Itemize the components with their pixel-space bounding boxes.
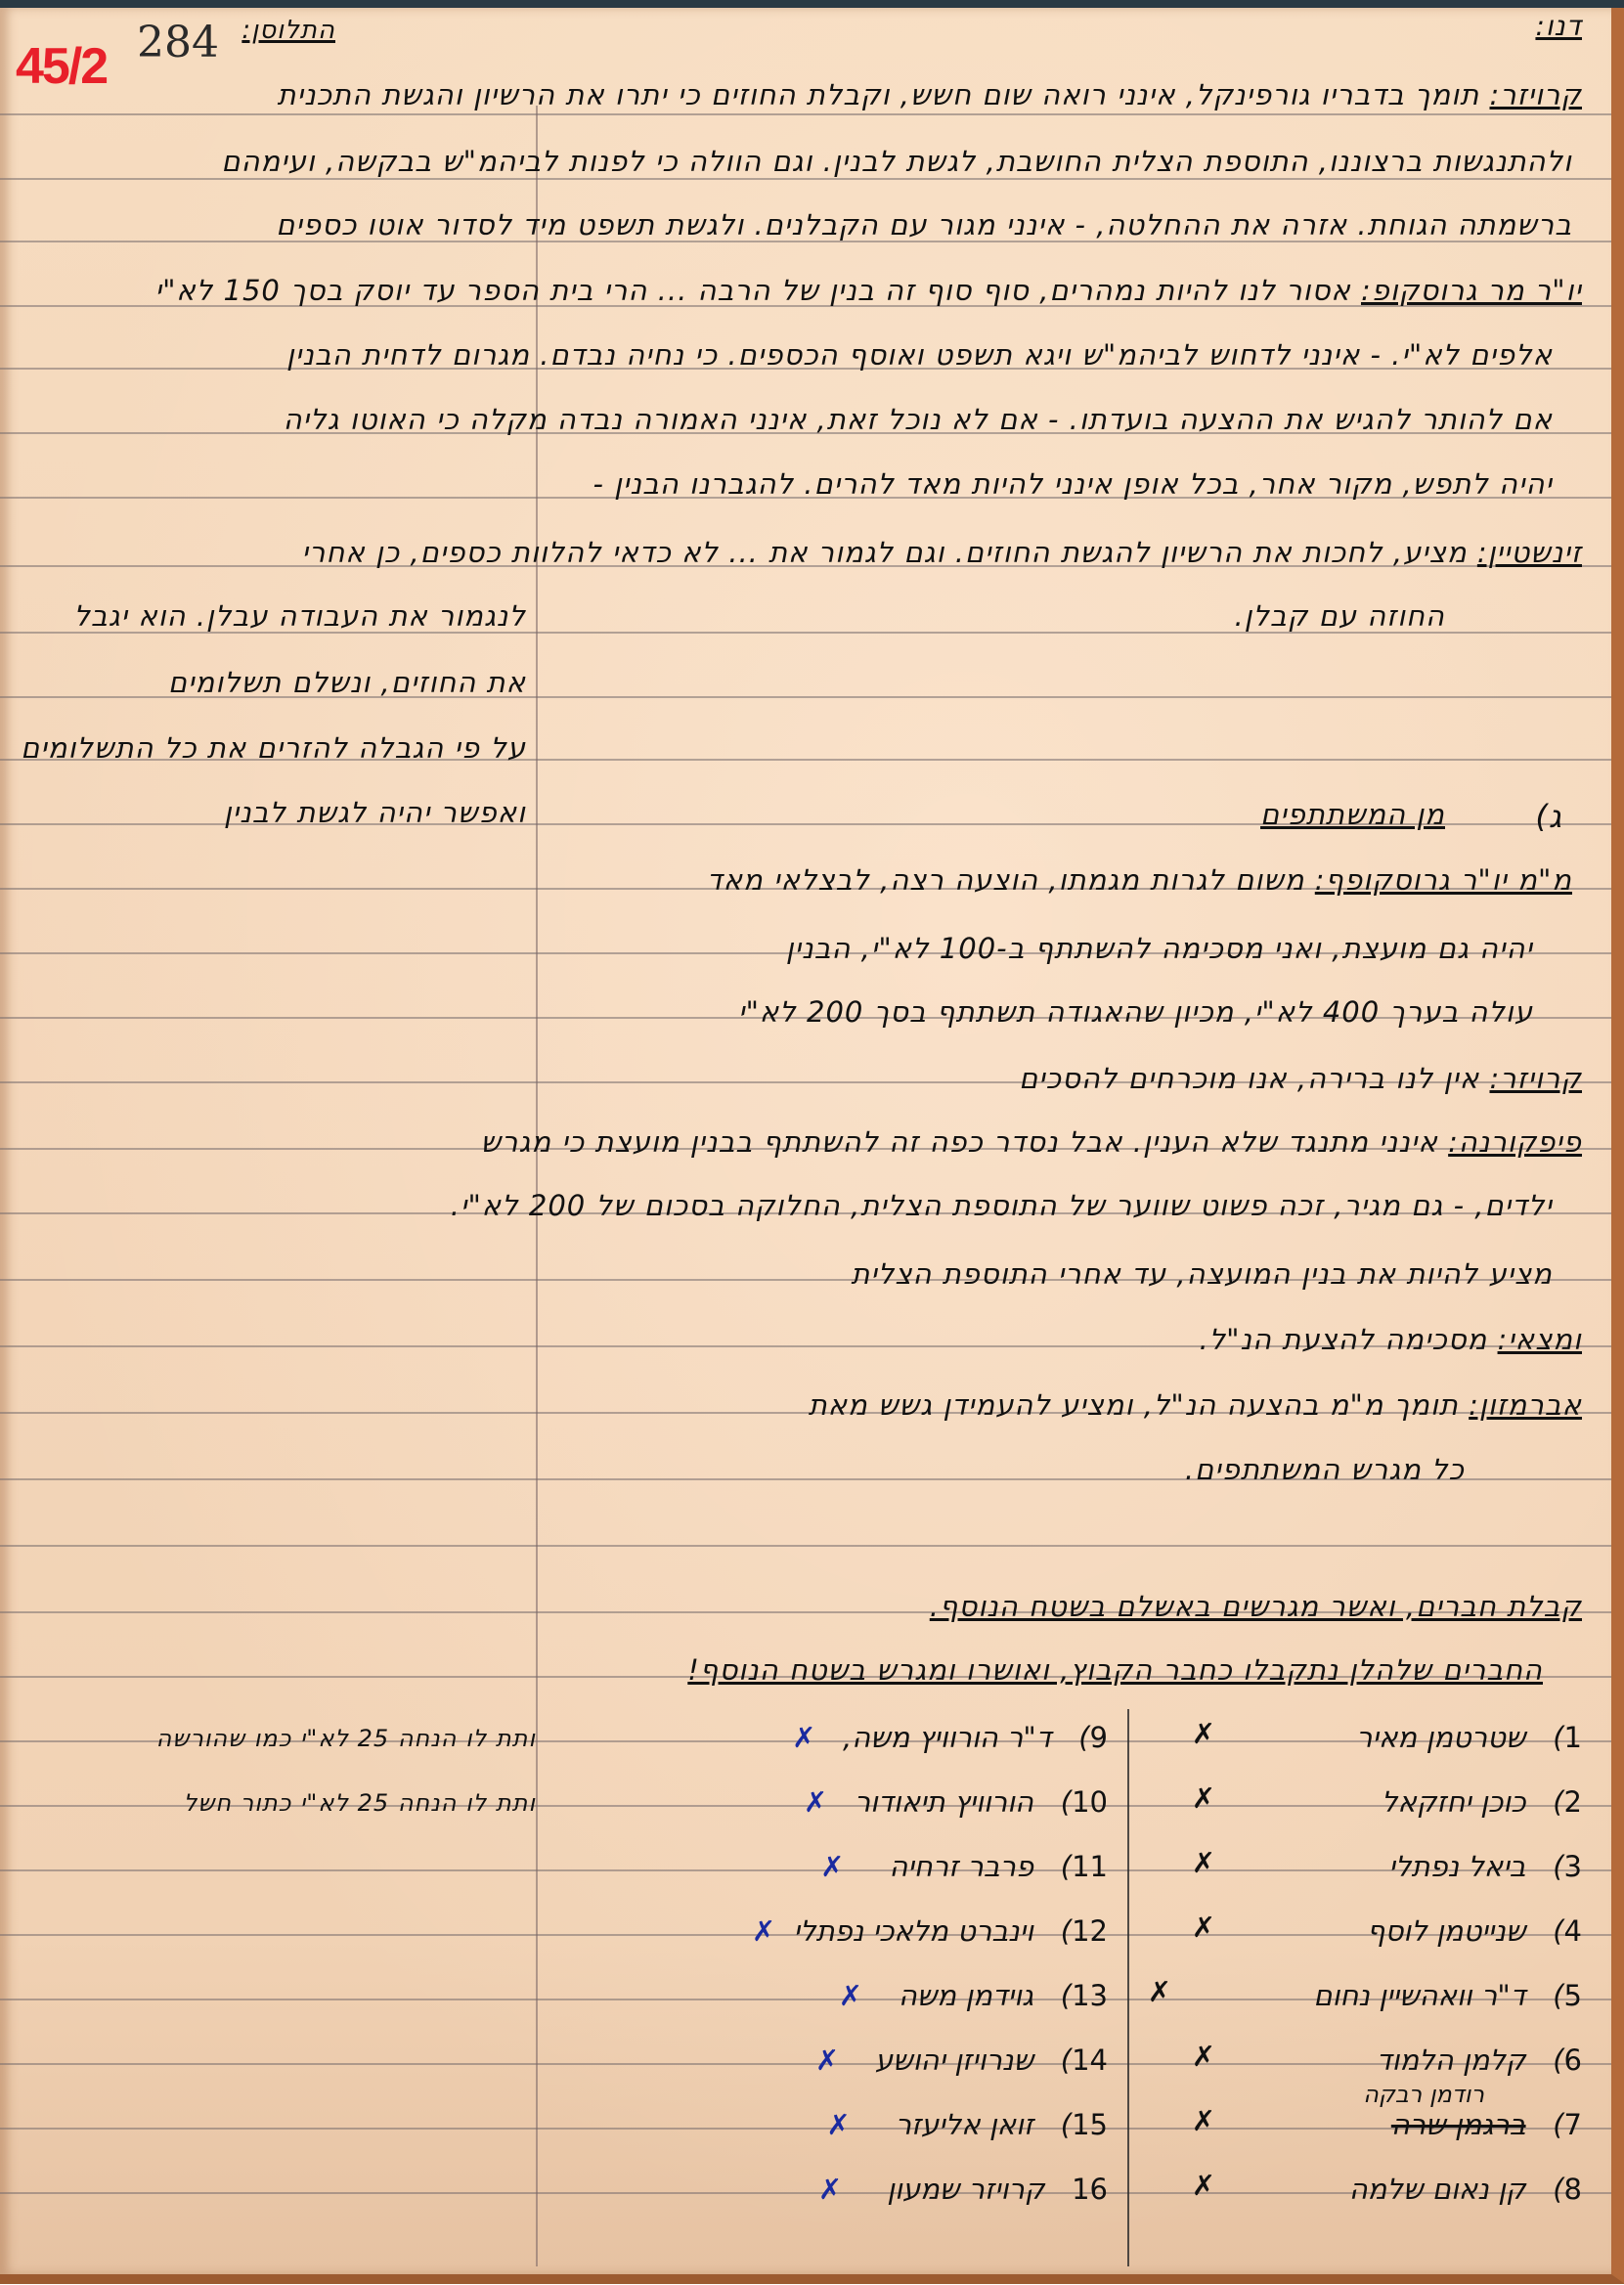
member-name-struck: ברגמן שרה: [1391, 2108, 1526, 2141]
discussion-line-1: קרויזר: תומך בדבריו גורפינקל, אינני רואה…: [278, 78, 1582, 111]
page-number: 284: [137, 18, 219, 67]
check-mark-icon: ✗: [1192, 1911, 1215, 1944]
member-name: כוכן יחזקאל: [1382, 1785, 1526, 1819]
discussion-line-2: ולהתנגשות ברצוננו, התוספת הצלית החושבת, …: [221, 145, 1572, 178]
check-mark-icon: ✗: [1192, 2169, 1215, 2202]
agenda-item-number: ג): [1535, 798, 1562, 835]
speaker-name: מ"מ יו"ר גרוסקופף:: [1315, 863, 1572, 897]
discussion-line-7: יהיה לתפש, מקור אחר, בכל אופן אינני להיו…: [593, 467, 1553, 501]
member-note-1: ותת לו הנחה 25 לא"י כמו שהורשה: [156, 1725, 536, 1752]
speaker-name: ומצאי:: [1498, 1323, 1582, 1356]
member-row: 15) זואן אליעזר ✗: [826, 2108, 1108, 2141]
member-name: ד"ר וואהשיין נחום: [1313, 1979, 1525, 2012]
member-name: ביאל נפתלי: [1388, 1850, 1525, 1883]
discussion-line-4: יו"ר מר גרוסקופ: אסור לנו להיות נמהרים, …: [155, 274, 1582, 307]
member-row: 2) כוכן יחזקאל: [1382, 1785, 1582, 1819]
members-table-divider: [1127, 1709, 1129, 2266]
member-row: 16 קרויזר שמעון ✗: [818, 2173, 1108, 2206]
member-row: 6) קלמן הלמוד: [1377, 2043, 1582, 2077]
check-mark-icon: ✗: [820, 1850, 844, 1883]
ruled-line: [0, 2063, 1611, 2065]
participants-line-7: מציע להיות את בנין המועצה, עד אחרי התוספ…: [851, 1257, 1553, 1291]
check-mark-icon: ✗: [815, 2043, 839, 2077]
agenda-item-title: מן המשתתפים: [1260, 798, 1445, 831]
check-mark-icon: ✗: [1192, 2104, 1215, 2137]
member-name: וינברט מלאכי נפתלי: [794, 1914, 1034, 1948]
ruled-line: [0, 1869, 1611, 1871]
member-row: 11) פרבר זרחיה ✗: [820, 1850, 1108, 1883]
ruled-line: [0, 113, 1611, 115]
discussion-line-6: אם להותר להגיש את ההצעה בועדתו. - אם לא …: [284, 403, 1553, 436]
member-row: 4) שנייטמן לוסף: [1367, 1914, 1582, 1948]
speaker-name: קרויזר:: [1489, 78, 1582, 111]
member-name: שנייטמן לוסף: [1367, 1914, 1526, 1948]
member-name: קרויזר שמעון: [887, 2173, 1044, 2206]
member-name: פרבר זרחיה: [890, 1850, 1034, 1883]
participants-line-8: ומצאי: מסכימה להצעת הנ"ל.: [1199, 1323, 1582, 1356]
participants-line-9: אברמזון: תומך מ"מ בהצעה הנ"ל, ומציע להעמ…: [809, 1388, 1582, 1422]
participants-line-5: פיפקורנה: אינני מתנגד שלא הענין. אבל נסד…: [481, 1125, 1582, 1159]
member-row: 9) ד"ר הורוויץ משה, ✗: [792, 1721, 1108, 1754]
member-note-2: ותת לו הנחה 25 לא"י כתור חשל: [184, 1789, 536, 1817]
member-name: שנרויזן יהושע: [875, 2043, 1033, 2077]
speaker-name: יו"ר מר גרוסקופ:: [1361, 274, 1582, 307]
check-mark-icon: ✗: [839, 1979, 862, 2012]
member-name: שטרטמן מאיר: [1356, 1721, 1525, 1754]
member-name-correction: רודמן רבקה: [1363, 2081, 1484, 2108]
member-name: קלמן הלמוד: [1377, 2043, 1526, 2077]
discussion-line-3: ברשמתה הגוחת. אזרה את ההחלטה, - אינני מג…: [276, 208, 1572, 242]
speaker-name: זינשטיין:: [1477, 536, 1582, 569]
check-mark-icon: ✗: [1192, 1846, 1215, 1879]
member-row: 12) וינברט מלאכי נפתלי ✗: [752, 1914, 1108, 1948]
notebook-page: 45/2 284 התלוסן: דנו: קרויזר: תומך בדברי…: [0, 8, 1624, 2284]
ruled-line: [0, 2128, 1611, 2130]
discussion-line-9: החוזה עם קבלן.: [1234, 599, 1445, 633]
participants-line-10: כל מגרש המשתתפים.: [1185, 1453, 1465, 1486]
check-mark-icon: ✗: [1192, 1717, 1215, 1750]
member-row: 10) הורוויץ תיאודור ✗: [804, 1785, 1108, 1819]
participants-line-1: מ"מ יו"ר גרוסקופף: משום לגרות מגמתו, הוצ…: [707, 863, 1572, 897]
speaker-name: אברמזון:: [1469, 1388, 1582, 1422]
member-row: 8) קן נאום שלמה: [1349, 2173, 1582, 2206]
check-mark-icon: ✗: [818, 2173, 842, 2206]
discussion-line-8: זינשטיין: מציע, לחכות את הרשיון להגשת הח…: [302, 536, 1582, 569]
ruled-line: [0, 178, 1611, 180]
member-row: 14) שנרויזן יהושע ✗: [815, 2043, 1108, 2077]
speaker-name: פיפקורנה:: [1448, 1125, 1582, 1159]
header-right-label: דנו:: [1535, 10, 1582, 42]
membership-subheading: החברים שלהלן נתקבלו כחבר הקבוץ, ואושרו ו…: [687, 1653, 1543, 1687]
check-mark-icon: ✗: [752, 1914, 775, 1948]
header-center-label: התלוסן:: [241, 16, 335, 45]
left-column-line-1: לנגמור את העבודה עבלן. הוא יגבל: [73, 599, 526, 633]
member-row: 3) ביאל נפתלי: [1388, 1850, 1582, 1883]
member-row: 13) גוידמן משה ✗: [839, 1979, 1108, 2012]
member-name: זואן אליעזר: [896, 2108, 1033, 2141]
speaker-name: קרויזר:: [1489, 1062, 1582, 1095]
check-mark-icon: ✗: [804, 1785, 827, 1819]
member-name: גוידמן משה: [899, 1979, 1033, 2012]
archive-stamp: 45/2: [16, 37, 107, 96]
participants-line-2: יהיה גם מועצת, ואני מסכימה להשתתף ב-100 …: [786, 932, 1533, 965]
ruled-line: [0, 1545, 1611, 1547]
left-column-line-2: את החוזים, ונשלם תשלומים: [168, 666, 526, 699]
member-name: ד"ר הורוויץ משה,: [843, 1721, 1052, 1754]
check-mark-icon: ✗: [826, 2108, 850, 2141]
check-mark-icon: ✗: [1192, 1781, 1215, 1815]
check-mark-icon: ✗: [1148, 1975, 1171, 2008]
discussion-line-5: אלפים לא"י. - אינני לדחוש לביהמ"ש ויגא ת…: [286, 338, 1553, 372]
participants-line-6: ילדים, - גם מגיר, זכה פשוט שווער של התוס…: [451, 1189, 1553, 1222]
member-row: 7) ברגמן שרה: [1391, 2108, 1582, 2141]
participants-line-3: עולה בערך 400 לא"י, מכיון שהאגודה תשתתף …: [738, 995, 1533, 1029]
participants-line-4: קרויזר: אין לנו ברירה, אנו מוכרחים להסכי…: [1019, 1062, 1582, 1095]
left-column-line-4: ואפשר יהיה לגשת לבנין: [224, 796, 526, 829]
check-mark-icon: ✗: [792, 1721, 815, 1754]
member-row: 1) שטרטמן מאיר: [1356, 1721, 1582, 1754]
scan-top-edge: [0, 0, 1624, 8]
member-name: הורוויץ תיאודור: [855, 1785, 1033, 1819]
check-mark-icon: ✗: [1192, 2040, 1215, 2073]
member-row: 5) ד"ר וואהשיין נחום: [1313, 1979, 1582, 2012]
left-column-line-3: על פי הגבלה להזרים את כל התשלומים: [21, 731, 526, 765]
membership-heading: קבלת חברים, ואשר מגרשים באשלם בשטח הנוסף…: [930, 1590, 1582, 1623]
member-name: קן נאום שלמה: [1349, 2173, 1526, 2206]
